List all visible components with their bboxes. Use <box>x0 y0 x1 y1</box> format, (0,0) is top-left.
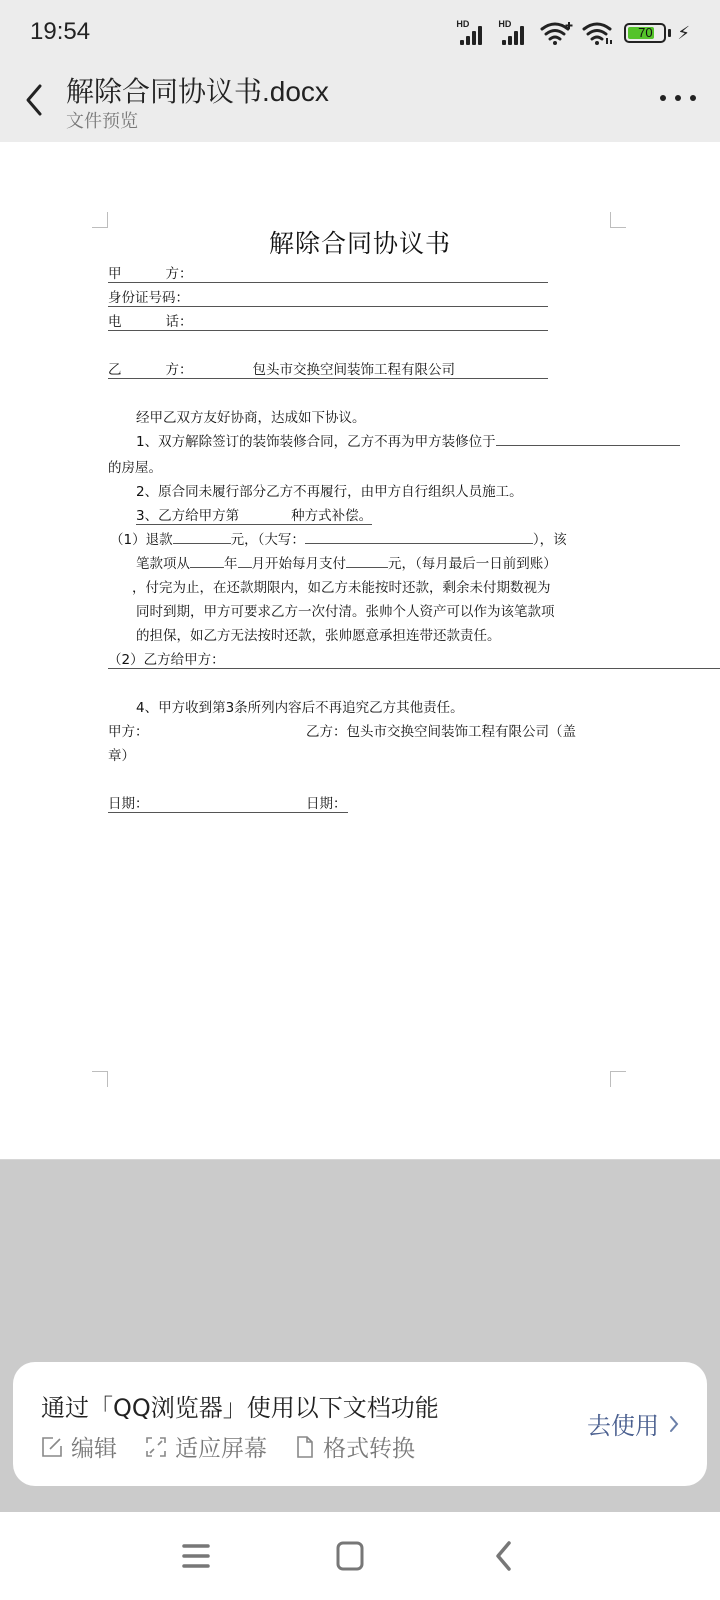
back-nav-button[interactable] <box>484 1536 524 1576</box>
clause-text: 1、双方解除签订的装饰装修合同，乙方不再为甲方装修位于 <box>136 434 496 450</box>
feature-label: 编辑 <box>71 1430 117 1463</box>
clause-4: 4、甲方收到第3条所列内容后不再追究乙方其他责任。 <box>136 696 464 716</box>
label: 身份证号码： <box>108 290 189 306</box>
feature-list: 编辑 适应屏幕 格式转换 <box>41 1430 415 1463</box>
sub-clause-1-line3: ，付完为止，在还款期限内，如乙方未能按时还款，剩余未付期数视为 <box>132 576 551 596</box>
status-icons: HD HD 70 <box>456 20 690 46</box>
cta-label: 去使用 <box>587 1406 659 1441</box>
wifi-plus-icon <box>540 21 574 45</box>
clause-1: 1、双方解除签订的装饰装修合同，乙方不再为甲方装修位于 <box>136 430 680 450</box>
file-title: 解除合同协议书.docx <box>66 70 329 110</box>
signal-label: HD <box>498 19 511 29</box>
sub-clause-1-line4: 同时到期，甲方可要求乙方一次付清。张帅个人资产可以作为该笔款项 <box>136 600 555 620</box>
feature-edit[interactable]: 编辑 <box>41 1430 117 1463</box>
dot <box>690 95 696 101</box>
text: 笔款项从 <box>136 556 190 572</box>
clause-3: 3、乙方给甲方第种方式补偿。 <box>136 504 372 525</box>
banner-title: 通过「QQ浏览器」使用以下文档功能 <box>41 1388 439 1423</box>
clause-2: 2、原合同未履行部分乙方不再履行，由甲方自行组织人员施工。 <box>136 480 523 500</box>
wifi-icon <box>582 21 616 45</box>
status-time: 19:54 <box>30 18 90 46</box>
battery-icon: 70 <box>624 23 666 43</box>
fit-screen-icon <box>145 1436 167 1458</box>
party-a-field: 甲方： <box>108 262 548 283</box>
label: 乙 <box>108 362 122 378</box>
sub-clause-1-line5: 的担保，如乙方无法按时还款，张帅愿意承担连带还款责任。 <box>136 624 501 644</box>
signal-hd-icon: HD <box>456 21 490 45</box>
home-button[interactable] <box>330 1536 370 1576</box>
text: 元，（大写： <box>231 532 305 548</box>
feature-label: 格式转换 <box>323 1430 415 1463</box>
clause-1-cont: 的房屋。 <box>108 456 162 476</box>
label: 方： <box>166 362 193 378</box>
signature-party-a: 甲方： <box>108 720 149 740</box>
sub-clause-2: （2）乙方给甲方： <box>108 648 720 669</box>
feature-format-convert[interactable]: 格式转换 <box>295 1430 415 1463</box>
text: 年 <box>224 556 238 572</box>
text: （1）退款 <box>110 532 173 548</box>
more-horizontal-icon <box>660 95 666 101</box>
edit-icon <box>41 1436 63 1458</box>
party-b-value: 包头市交换空间装饰工程有限公司 <box>253 362 456 378</box>
label: 话： <box>166 314 193 330</box>
dot <box>675 95 681 101</box>
chevron-left-icon <box>18 80 54 120</box>
date-field-b: 日期： <box>306 792 348 813</box>
file-subtitle: 文件预览 <box>66 107 138 133</box>
phone-field: 电话： <box>108 310 548 331</box>
feature-fit-screen[interactable]: 适应屏幕 <box>145 1430 267 1463</box>
go-use-button[interactable]: 去使用 <box>587 1406 679 1441</box>
more-button[interactable] <box>660 86 696 110</box>
qq-browser-banner[interactable]: 通过「QQ浏览器」使用以下文档功能 编辑 适应屏幕 格式转换 去使用 <box>13 1362 707 1486</box>
label: 甲 <box>108 266 122 282</box>
document-title: 解除合同协议书 <box>0 224 720 260</box>
clause-text: 种方式补偿。 <box>291 508 372 524</box>
sub-clause-1: （1）退款元，（大写：），该 <box>110 528 567 548</box>
battery-level: 70 <box>626 25 664 41</box>
status-bar: 19:54 HD HD <box>0 0 720 62</box>
text: ），该 <box>533 532 567 548</box>
label: 方： <box>166 266 193 282</box>
app-bar: 解除合同协议书.docx 文件预览 <box>0 62 720 142</box>
home-icon <box>336 1541 364 1571</box>
sub-clause-1-line2: 笔款项从年月开始每月支付元，（每月最后一日前到账） <box>136 552 557 572</box>
clause-text: 3、乙方给甲方第 <box>136 508 239 524</box>
signal-hd-icon: HD <box>498 21 532 45</box>
date-field-a: 日期： <box>108 792 306 813</box>
file-icon <box>295 1436 315 1458</box>
id-number-field: 身份证号码： <box>108 286 548 307</box>
system-nav-bar <box>0 1512 720 1600</box>
document-preview[interactable]: 解除合同协议书 甲方： 身份证号码： 电话： 乙方：包头市交换空间装饰工程有限公… <box>0 142 720 1160</box>
charging-icon: ⚡ <box>677 23 690 44</box>
intro-text: 经甲乙双方友好协商，达成如下协议。 <box>136 406 366 426</box>
menu-icon <box>182 1543 210 1569</box>
back-icon <box>493 1541 515 1571</box>
signature-party-b: 乙方：包头市交换空间装饰工程有限公司（盖 <box>306 720 576 740</box>
signature-party-b-cont: 章） <box>108 744 135 764</box>
label: 电 <box>108 314 122 330</box>
text: 月开始每月支付 <box>252 556 347 572</box>
back-button[interactable] <box>18 80 54 120</box>
recents-button[interactable] <box>176 1536 216 1576</box>
feature-label: 适应屏幕 <box>175 1430 267 1463</box>
text: 元，（每月最后一日前到账） <box>388 556 557 572</box>
battery-tip <box>668 29 671 37</box>
signal-label: HD <box>456 19 469 29</box>
chevron-right-icon <box>669 1415 679 1433</box>
party-b-field: 乙方：包头市交换空间装饰工程有限公司 <box>108 358 548 379</box>
document-page: 解除合同协议书 甲方： 身份证号码： 电话： 乙方：包头市交换空间装饰工程有限公… <box>0 142 720 1159</box>
